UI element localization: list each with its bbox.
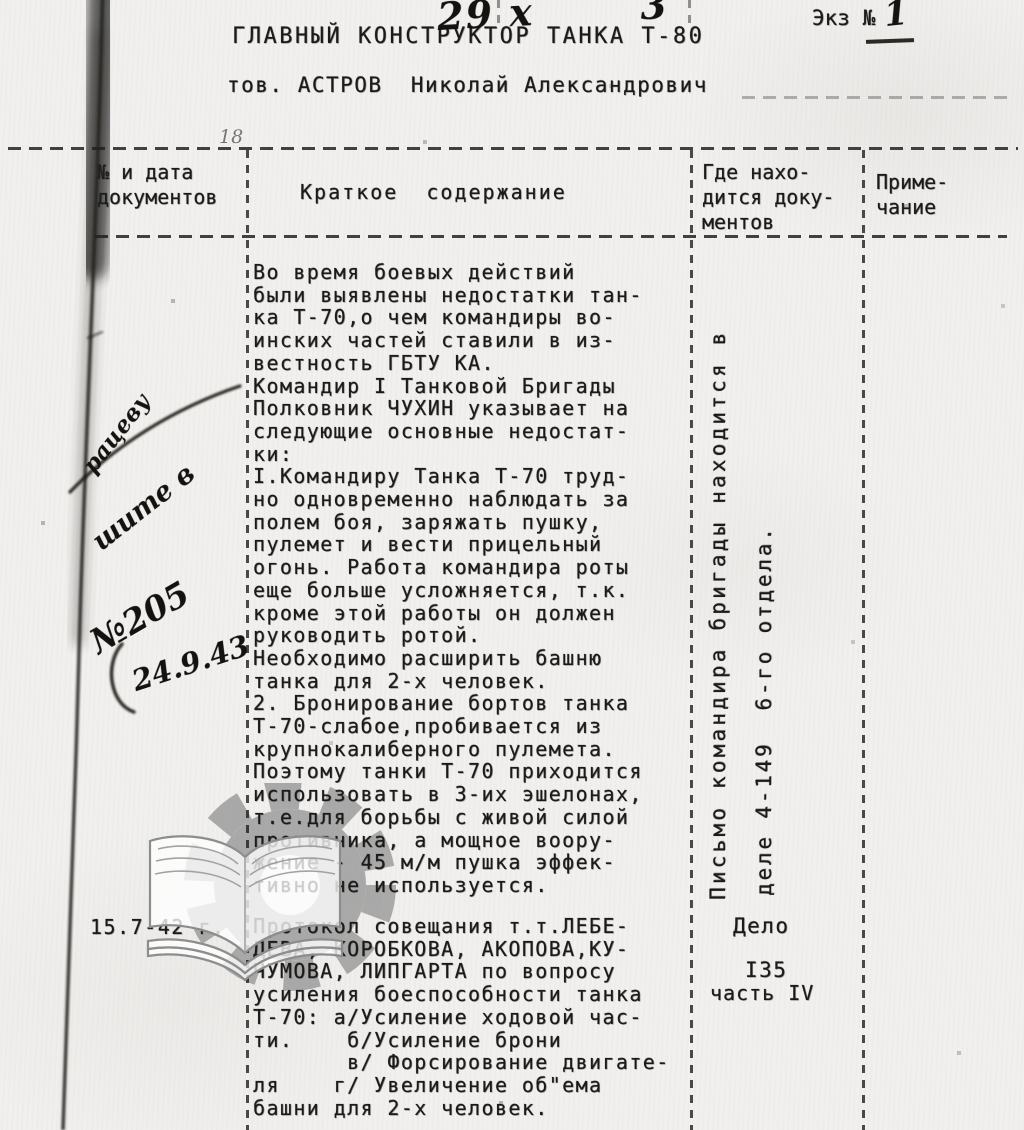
faint-rule [742,96,1008,99]
col-header-location: Где нахо- дится доку- ментов [702,160,834,235]
scanned-archive-document: ГЛАВНЫЙ КОНСТРУКТОР ТАНКА Т-80 тов. АСТР… [0,0,1024,1130]
column-separator-3 [862,150,865,1130]
marginalia-date: 24.9.43 [128,628,254,698]
marginalia-word-2: шите в [86,458,200,557]
table-top-border [8,147,1018,150]
col-header-number-date: № и дата документов [97,160,217,210]
row2-location-case-number: I35 [745,958,787,982]
col-header-summary: Краткое содержание [300,180,567,204]
row1-location-vertical-line2: деле 4-149 6-го отдела. [752,506,776,896]
row2-location-case-part: часть IV [710,981,814,1005]
copy-number-handwritten: 1 [882,0,910,35]
addressee-line: тов. АСТРОВ Николай Александрович [227,73,708,97]
paper-noise [0,0,2,2]
marginalia-word-1: рацеву [77,389,156,479]
open-book-watermark-icon [140,783,430,998]
col-header-note: Приме- чание [876,170,948,220]
page-number-mark: 18 [219,126,243,148]
column-separator-2 [690,150,693,1130]
row1-location-vertical-line1: Письмо командира бригады находится в [706,270,730,900]
copy-number-underline [866,38,914,44]
row2-location-case-label: Дело [733,914,790,938]
table-header-bottom-border [95,235,1007,238]
copy-number-label: Экз № [812,6,875,30]
